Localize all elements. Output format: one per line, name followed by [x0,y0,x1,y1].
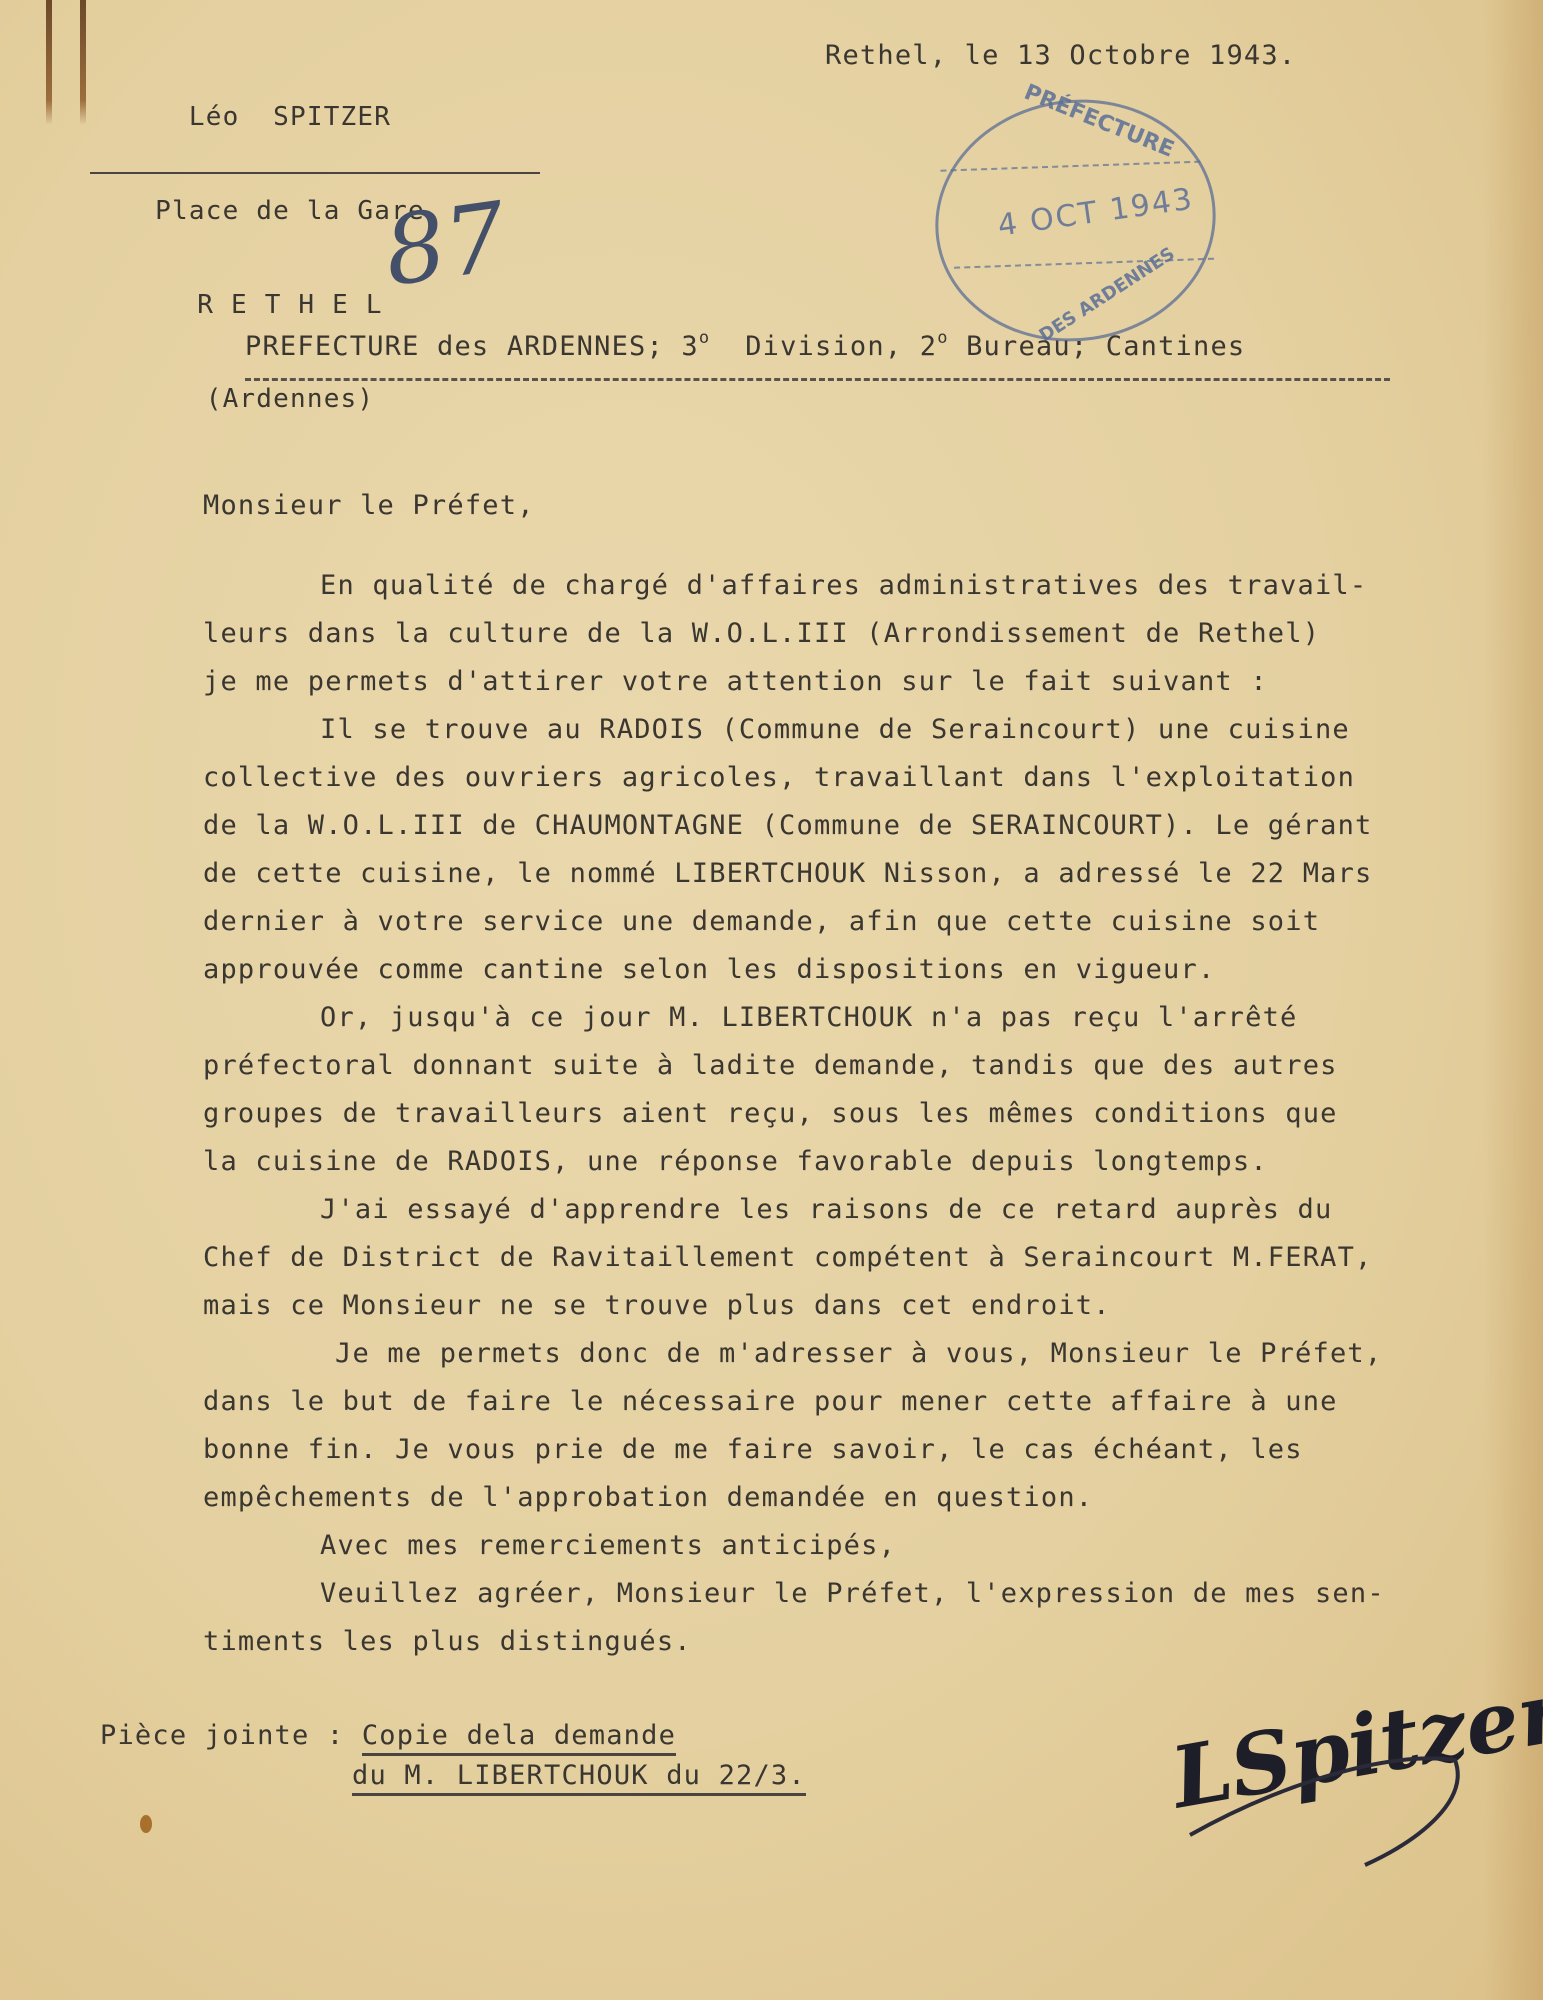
signature-flourish [1180,1730,1480,1870]
closing-line: timents les plus distingués. [203,1626,692,1657]
body-line: bonne fin. Je vous prie de me faire savo… [203,1434,1303,1465]
body-line: de la W.O.L.III de CHAUMONTAGNE (Commune… [203,810,1373,841]
subject-part-2: Division, 2 [710,331,937,362]
stamp-bar-top [940,161,1200,172]
handwritten-number: 87 [378,182,513,308]
letter-page: Léo SPITZER Place de la Gare R E T H E L… [0,0,1543,2000]
body-line: Or, jusqu'à ce jour M. LIBERTCHOUK n'a p… [320,1002,1298,1033]
sender-region: (Ardennes) [70,382,510,416]
body-line: dernier à votre service une demande, afi… [203,906,1320,937]
subject-sup-2: o [937,328,948,348]
body-line: dans le but de faire le nécessaire pour … [203,1386,1338,1417]
closing-line: Avec mes remerciements anticipés, [320,1530,896,1561]
staple-mark-left [46,0,52,125]
body-line: approuvée comme cantine selon les dispos… [203,954,1215,985]
stamp-top-text: PRÉFECTURE [1021,80,1178,163]
body-line: Chef de District de Ravitaillement compé… [203,1242,1373,1273]
stamp-date: 4 OCT 1943 [996,182,1196,244]
sender-name: Léo SPITZER [70,100,510,134]
body-line: préfectoral donnant suite à ladite deman… [203,1050,1338,1081]
body-line: leurs dans la culture de la W.O.L.III (A… [203,618,1320,649]
enclosure-item-detail: du M. LIBERTCHOUK du 22/3. [352,1760,806,1796]
paper-stain [140,1815,152,1833]
body-line: collective des ouvriers agricoles, trava… [203,762,1355,793]
body-line: je me permets d'attirer votre attention … [203,666,1268,697]
subject-line: PREFECTURE des ARDENNES; 3o Division, 2o… [245,328,1245,362]
date-line: Rethel, le 13 Octobre 1943. [825,40,1296,71]
enclosure-label: Pièce jointe : [100,1720,362,1751]
subject-sup-1: o [699,328,710,348]
enclosure-line-1: Pièce jointe : Copie dela demande [100,1720,676,1751]
body-line: J'ai essayé d'apprendre les raisons de c… [320,1194,1332,1225]
body-line: mais ce Monsieur ne se trouve plus dans … [203,1290,1111,1321]
closing-line: Veuillez agréer, Monsieur le Préfet, l'e… [320,1578,1385,1609]
received-stamp: PRÉFECTURE 4 OCT 1943 DES ARDENNES [920,82,1232,360]
body-line: empêchements de l'approbation demandée e… [203,1482,1093,1513]
body-line: En qualité de chargé d'affaires administ… [320,570,1367,601]
body-line: Il se trouve au RADOIS (Commune de Serai… [320,714,1350,745]
body-line: la cuisine de RADOIS, une réponse favora… [203,1146,1268,1177]
salutation: Monsieur le Préfet, [203,490,535,521]
subject-part-3: Bureau; Cantines [949,331,1246,362]
subject-part-1: PREFECTURE des ARDENNES; 3 [245,331,699,362]
body-line: Je me permets donc de m'adresser à vous,… [335,1338,1382,1369]
body-line: de cette cuisine, le nommé LIBERTCHOUK N… [203,858,1373,889]
enclosure-line-2: du M. LIBERTCHOUK du 22/3. [352,1760,806,1791]
letterhead-rule [90,172,540,174]
body-line: groupes de travailleurs aient reçu, sous… [203,1098,1338,1129]
enclosure-item: Copie dela demande [362,1720,676,1756]
subject-dashed-rule [245,378,1390,381]
